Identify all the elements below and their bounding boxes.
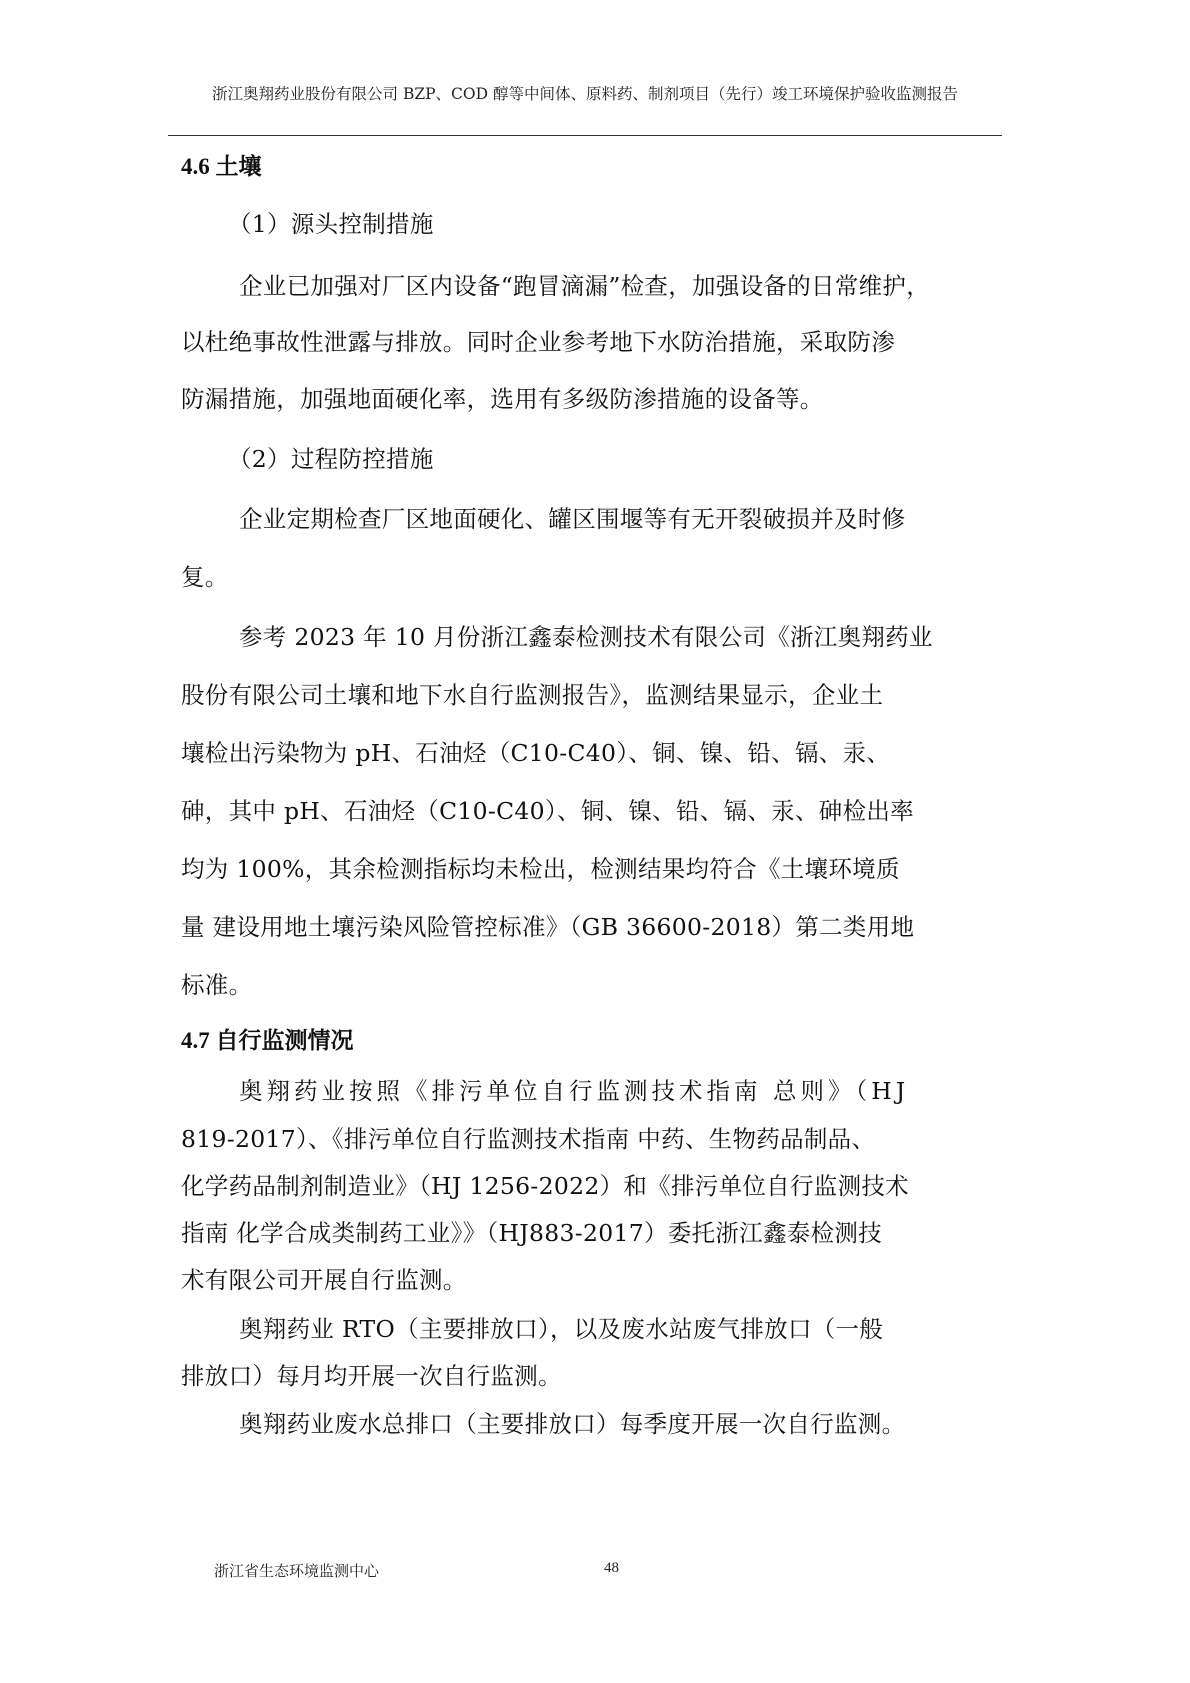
paragraph-line: 参考 2023 年 10 月份浙江鑫泰检测技术有限公司《浙江奥翔药业 <box>239 618 1059 652</box>
subheading-source-control: （1）源头控制措施 <box>228 205 1048 239</box>
paragraph-line: 壤检出污染物为 pH、石油烃（C10-C40）、铜、镍、铅、镉、汞、 <box>181 734 1001 768</box>
paragraph-line: 指南 化学合成类制药工业》》（HJ883-2017）委托浙江鑫泰检测技 <box>181 1214 1001 1248</box>
paragraph-line: 化学药品制剂制造业》（HJ 1256-2022）和《排污单位自行监测技术 <box>181 1167 1001 1201</box>
paragraph-line: 量 建设用地土壤污染风险管控标准》（GB 36600-2018）第二类用地 <box>181 908 1001 942</box>
section-heading-4-6: 4.6 土壤 <box>181 148 262 181</box>
paragraph-line: 奥翔药业 RTO（主要排放口），以及废水站废气排放口（一般 <box>239 1310 1059 1344</box>
paragraph-line: 复。 <box>181 558 1001 592</box>
paragraph-line: 企业已加强对厂区内设备“跑冒滴漏”检查，加强设备的日常维护， <box>239 267 1059 301</box>
paragraph-line: 排放口）每月均开展一次自行监测。 <box>181 1357 1001 1391</box>
footer-organization: 浙江省生态环境监测中心 <box>214 1560 379 1581</box>
subheading-process-control: （2）过程防控措施 <box>228 440 1048 474</box>
paragraph-line: 企业定期检查厂区地面硬化、罐区围堰等有无开裂破损并及时修 <box>239 500 1059 534</box>
page-number: 48 <box>604 1560 619 1577</box>
paragraph-line: 奥翔药业按照《排污单位自行监测技术指南 总则》（HJ <box>239 1072 1059 1106</box>
header-divider <box>168 135 1002 136</box>
paragraph-line: 奥翔药业废水总排口（主要排放口）每季度开展一次自行监测。 <box>239 1405 1059 1439</box>
page-header: 浙江奥翔药业股份有限公司 BZP、COD 醇等中间体、原料药、制剂项目（先行）竣… <box>168 84 1002 104</box>
report-title: 浙江奥翔药业股份有限公司 BZP、COD 醇等中间体、原料药、制剂项目（先行）竣… <box>212 85 958 103</box>
section-heading-4-7: 4.7 自行监测情况 <box>181 1022 354 1055</box>
paragraph-line: 防漏措施，加强地面硬化率，选用有多级防渗措施的设备等。 <box>181 380 1001 414</box>
paragraph-line: 819-2017）、《排污单位自行监测技术指南 中药、生物药品制品、 <box>181 1120 1001 1154</box>
paragraph-line: 均为 100%，其余检测指标均未检出，检测结果均符合《土壤环境质 <box>181 850 1001 884</box>
paragraph-line: 股份有限公司土壤和地下水自行监测报告》，监测结果显示，企业土 <box>181 676 1001 710</box>
paragraph-line: 以杜绝事故性泄露与排放。同时企业参考地下水防治措施，采取防渗 <box>181 323 1001 357</box>
paragraph-line: 标准。 <box>181 966 1001 1000</box>
paragraph-line: 术有限公司开展自行监测。 <box>181 1261 1001 1295</box>
paragraph-line: 砷，其中 pH、石油烃（C10-C40）、铜、镍、铅、镉、汞、砷检出率 <box>181 792 1001 826</box>
